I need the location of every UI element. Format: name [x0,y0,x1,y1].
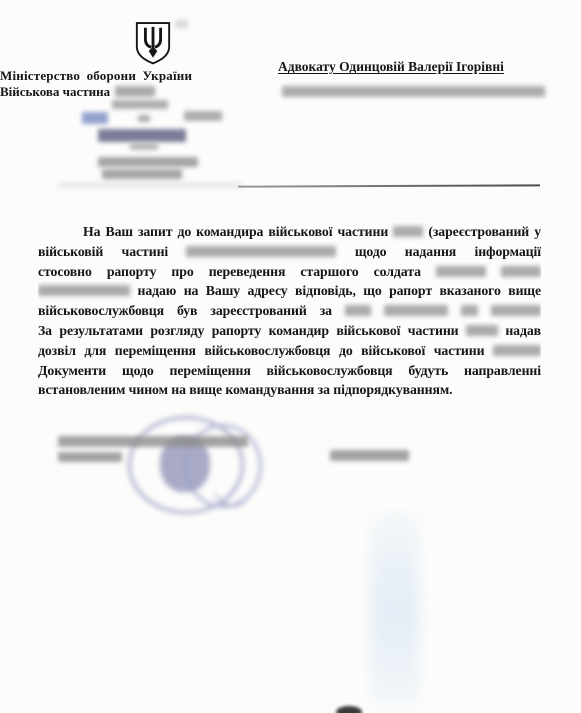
redaction-blur-unit-col-city [102,169,182,179]
redaction-blur [493,345,541,356]
redaction-blur-sig-rank [58,452,122,462]
body-text: щодо надання інформації [355,244,541,259]
redaction-blur-unit-col-line-2 [130,143,158,150]
round-seal-stamp [126,410,266,520]
body-text: На Ваш запит до командира військової час… [83,224,388,239]
redaction-blur-sig-commander [58,436,248,447]
redaction-blur-sig-name [330,450,409,461]
body-line: військовослужбовця був зареєстрований за [38,301,541,321]
body-text: військовослужбовця був зареєстрований за [38,303,332,318]
bottom-edge-mark [336,706,362,713]
body-text: За результатами розгляду рапорту команди… [38,323,459,338]
redaction-blur [466,325,498,336]
body-text: військовій частині [38,244,168,259]
rule-smear [58,183,242,187]
body-text: дозвіл для переміщення військовослужбовц… [38,343,484,358]
body-text: Документи щодо переміщення військовослуж… [38,363,541,378]
redaction-blur-recipient-address [282,86,545,97]
military-unit-line: Військова частина [0,84,245,100]
body-line: надаю на Вашу адресу відповідь, що рапор… [38,281,541,301]
redaction-blur [491,305,541,316]
ukraine-trident-emblem-icon [134,21,172,65]
redaction-blur [345,305,371,316]
body-line: дозвіл для переміщення військовослужбовц… [38,341,541,361]
redacted-unit-number [115,86,155,97]
redaction-blur-unit-col-year [184,111,222,121]
body-text: встановленим чином на вище командування … [38,382,452,397]
redaction-blur-unit-col-line-1 [112,100,168,109]
redaction-blur-unit-col-date [82,112,108,124]
redaction-blur-unit-col-dash [138,115,150,122]
scanned-letter-page: Міністерство оборони України Військова ч… [0,0,581,713]
redaction-blur [436,266,486,277]
redaction-blur [186,246,336,257]
redaction-blur-unit-col-number [98,129,186,142]
ministry-title: Міністерство оборони України [0,68,245,84]
body-line: стосовно рапорту про переведення старшог… [38,262,541,282]
separator-rule [238,184,540,187]
military-unit-label: Військова частина [0,84,110,99]
scan-blue-smudge [371,512,419,707]
redaction-blur [393,226,423,237]
redaction-blur [384,305,448,316]
body-text: (зареєстрований у [428,224,541,239]
recipient-title: Адвокату Одинцовій Валерії Ігорівні [278,59,568,75]
redaction-blur-unit-col-street [98,157,198,167]
body-paragraph: На Ваш запит до командира військової час… [38,222,541,400]
redaction-blur [461,305,478,316]
redaction-blur [501,266,541,277]
body-line: встановленим чином на вище командування … [38,380,541,400]
body-text: стосовно рапорту про переведення старшог… [38,264,421,279]
scan-smudge [175,20,188,28]
body-line: На Ваш запит до командира військової час… [38,222,541,242]
body-line: військовій частині щодо надання інформац… [38,242,541,262]
body-line: Документи щодо переміщення військовослуж… [38,361,541,381]
body-text: надаю на Вашу адресу відповідь, що рапор… [137,283,541,298]
body-line: За результатами розгляду рапорту команди… [38,321,541,341]
body-text: надав [505,323,541,338]
redaction-blur [38,285,130,296]
